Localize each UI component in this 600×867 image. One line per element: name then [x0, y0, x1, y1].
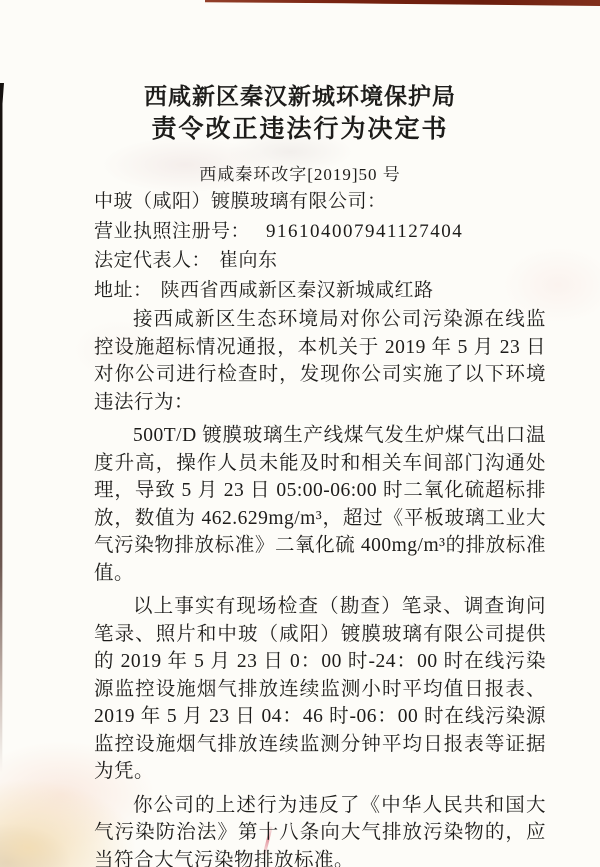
document-type-title: 责令改正违法行为决定书 — [0, 112, 600, 146]
document-header: 西咸新区秦汉新城环境保护局 责令改正违法行为决定书 西咸秦环改字[2019]50… — [0, 81, 600, 188]
business-license-number: 916104007941127404 — [266, 221, 463, 242]
business-license-row: 营业执照注册号：916104007941127404 — [94, 217, 556, 247]
address-label: 地址： — [94, 280, 153, 301]
address-row: 地址：陕西省西咸新区秦汉新城咸红路 — [94, 276, 556, 306]
legal-representative-row: 法定代表人：崔向东 — [94, 246, 556, 276]
document-number: 西咸秦环改字[2019]50 号 — [0, 162, 600, 188]
body-paragraph-4: 你公司的上述行为违反了《中华人民共和国大气污染防治法》第十八条向大气排放污染物的… — [94, 792, 546, 867]
document-body: 接西咸新区生态环境局对你公司污染源在线监控设施超标情况通报，本机关于 2019 … — [94, 306, 546, 867]
legal-representative-name: 崔向东 — [219, 250, 278, 271]
scanned-document-page: 西咸新区秦汉新城环境保护局 责令改正违法行为决定书 西咸秦环改字[2019]50… — [0, 0, 600, 867]
body-paragraph-1: 接西咸新区生态环境局对你公司污染源在线监控设施超标情况通报，本机关于 2019 … — [94, 306, 546, 416]
agency-name: 西咸新区秦汉新城环境保护局 — [0, 81, 600, 112]
recipient-info: 中玻（咸阳）镀膜玻璃有限公司： 营业执照注册号：9161040079411274… — [94, 187, 556, 305]
business-license-label: 营业执照注册号： — [94, 221, 250, 242]
body-paragraph-2: 500T/D 镀膜玻璃生产线煤气发生炉煤气出口温度升高，操作人员未能及时和相关车… — [94, 422, 546, 587]
scan-edge-artifact-top — [205, 0, 600, 6]
recipient-company: 中玻（咸阳）镀膜玻璃有限公司： — [94, 187, 556, 217]
legal-representative-label: 法定代表人： — [94, 250, 211, 271]
body-paragraph-3: 以上事实有现场检查（勘查）笔录、调查询问笔录、照片和中玻（咸阳）镀膜玻璃有限公司… — [94, 593, 546, 786]
address-value: 陕西省西咸新区秦汉新城咸红路 — [161, 280, 434, 301]
